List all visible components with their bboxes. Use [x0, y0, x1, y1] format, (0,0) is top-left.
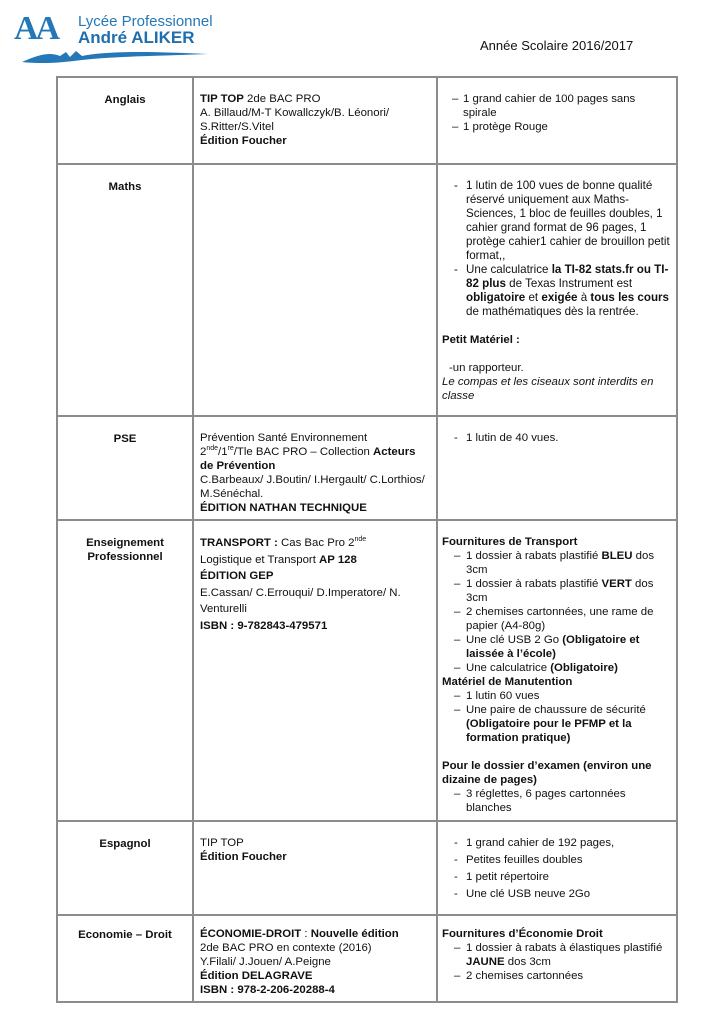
book-title: TRANSPORT :: [200, 537, 278, 549]
book-isbn: ISBN : 9-782843-479571: [200, 620, 327, 632]
subject-cell: Maths: [57, 164, 193, 416]
list-item: 1 dossier à rabats plastifié VERT dos 3c…: [442, 577, 670, 605]
book-authors: Y.Filali/ J.Jouen/ A.Peigne: [200, 956, 331, 968]
book-authors: C.Barbeaux/ J.Boutin/ I.Hergault/ C.Lort…: [200, 474, 425, 500]
section-heading: Matériel de Manutention: [442, 675, 670, 689]
list-item: Une clé USB 2 Go (Obligatoire et laissée…: [442, 633, 670, 661]
book-title: Prévention Santé Environnement: [200, 432, 367, 444]
school-year: Année Scolaire 2016/2017: [480, 38, 633, 53]
section-heading: Fournitures d’Économie Droit: [442, 927, 670, 941]
list-item: 1 lutin 60 vues: [442, 689, 670, 703]
supplies-cell: 1 grand cahier de 100 pages sans spirale…: [437, 77, 677, 164]
list-item: Une calculatrice (Obligatoire): [442, 661, 670, 675]
supplies-cell: Fournitures d’Économie Droit 1 dossier à…: [437, 915, 677, 1002]
subject-cell: Enseignement Professionnel: [57, 520, 193, 821]
book-cell: TRANSPORT : Cas Bac Pro 2nde Logistique …: [193, 520, 437, 821]
book-publisher: Édition Foucher: [200, 851, 287, 863]
book-title-rest: 2de BAC PRO: [244, 93, 321, 105]
supplies-cell: Fournitures de Transport 1 dossier à rab…: [437, 520, 677, 821]
book-cell: Prévention Santé Environnement 2nde/1re/…: [193, 416, 437, 520]
table-row: PSE Prévention Santé Environnement 2nde/…: [57, 416, 677, 520]
list-item: 1 petit répertoire: [442, 870, 670, 884]
wave-icon: [20, 48, 210, 64]
book-authors: E.Cassan/ C.Errouqui/ D.Imperatore/ N. V…: [200, 587, 401, 616]
supplies-cell: 1 grand cahier de 192 pages, Petites feu…: [437, 821, 677, 915]
logo-line-2: André ALIKER: [78, 29, 195, 47]
book-cell: ÉCONOMIE-DROIT : Nouvelle édition 2de BA…: [193, 915, 437, 1002]
list-item: 1 lutin de 100 vues de bonne qualité rés…: [442, 179, 670, 263]
list-item: 1 protège Rouge: [448, 120, 670, 134]
book-title: TIP TOP: [200, 93, 244, 105]
supplies-cell: 1 lutin de 100 vues de bonne qualité rés…: [437, 164, 677, 416]
book-title: TIP TOP: [200, 837, 244, 849]
list-item: -un rapporteur.: [442, 361, 670, 375]
list-item: Une clé USB neuve 2Go: [442, 887, 670, 901]
table-row: Espagnol TIP TOP Édition Foucher 1 grand…: [57, 821, 677, 915]
book-authors: A. Billaud/M-T Kowallczyk/B. Léonori/ S.…: [200, 107, 389, 133]
school-logo: AA Lycée Professionnel André ALIKER: [14, 10, 214, 60]
book-cell: [193, 164, 437, 416]
table-row: Economie – Droit ÉCONOMIE-DROIT : Nouvel…: [57, 915, 677, 1002]
supplies-table: Anglais TIP TOP 2de BAC PRO A. Billaud/M…: [56, 76, 678, 1003]
book-isbn: ISBN : 978-2-206-20288-4: [200, 984, 335, 996]
book-publisher: Édition DELAGRAVE: [200, 970, 312, 982]
book-publisher: Édition Foucher: [200, 135, 287, 147]
list-item: Une calculatrice la TI-82 stats.fr ou TI…: [442, 263, 670, 319]
book-publisher: ÉDITION GEP: [200, 570, 273, 582]
book-cell: TIP TOP 2de BAC PRO A. Billaud/M-T Kowal…: [193, 77, 437, 164]
list-item: 2 chemises cartonnées: [442, 969, 670, 983]
table-row: Anglais TIP TOP 2de BAC PRO A. Billaud/M…: [57, 77, 677, 164]
supplies-cell: 1 lutin de 40 vues.: [437, 416, 677, 520]
book-title: ÉCONOMIE-DROIT: [200, 928, 301, 940]
section-heading: Pour le dossier d’examen (environ une di…: [442, 759, 670, 787]
book-cell: TIP TOP Édition Foucher: [193, 821, 437, 915]
list-item: 1 dossier à rabats à élastiques plastifi…: [442, 941, 670, 969]
list-item: 1 dossier à rabats plastifié BLEU dos 3c…: [442, 549, 670, 577]
logo-mark: AA: [14, 12, 57, 46]
list-item: 3 réglettes, 6 pages cartonnées blanches: [442, 787, 670, 815]
list-item: 1 lutin de 40 vues.: [442, 431, 670, 445]
book-publisher: ÉDITION NATHAN TECHNIQUE: [200, 502, 367, 514]
table-row: Enseignement Professionnel TRANSPORT : C…: [57, 520, 677, 821]
list-item: Une paire de chaussure de sécurité (Obli…: [442, 703, 670, 745]
subject-cell: Economie – Droit: [57, 915, 193, 1002]
note-text: Le compas et les ciseaux sont interdits …: [442, 375, 670, 403]
list-item: 1 grand cahier de 100 pages sans spirale: [448, 92, 670, 120]
subject-cell: Anglais: [57, 77, 193, 164]
list-item: Petites feuilles doubles: [442, 853, 670, 867]
section-heading: Petit Matériel :: [442, 333, 670, 347]
list-item: 1 grand cahier de 192 pages,: [442, 836, 670, 850]
subject-cell: PSE: [57, 416, 193, 520]
subject-cell: Espagnol: [57, 821, 193, 915]
list-item: 2 chemises cartonnées, une rame de papie…: [442, 605, 670, 633]
table-row: Maths 1 lutin de 100 vues de bonne quali…: [57, 164, 677, 416]
section-heading: Fournitures de Transport: [442, 535, 670, 549]
